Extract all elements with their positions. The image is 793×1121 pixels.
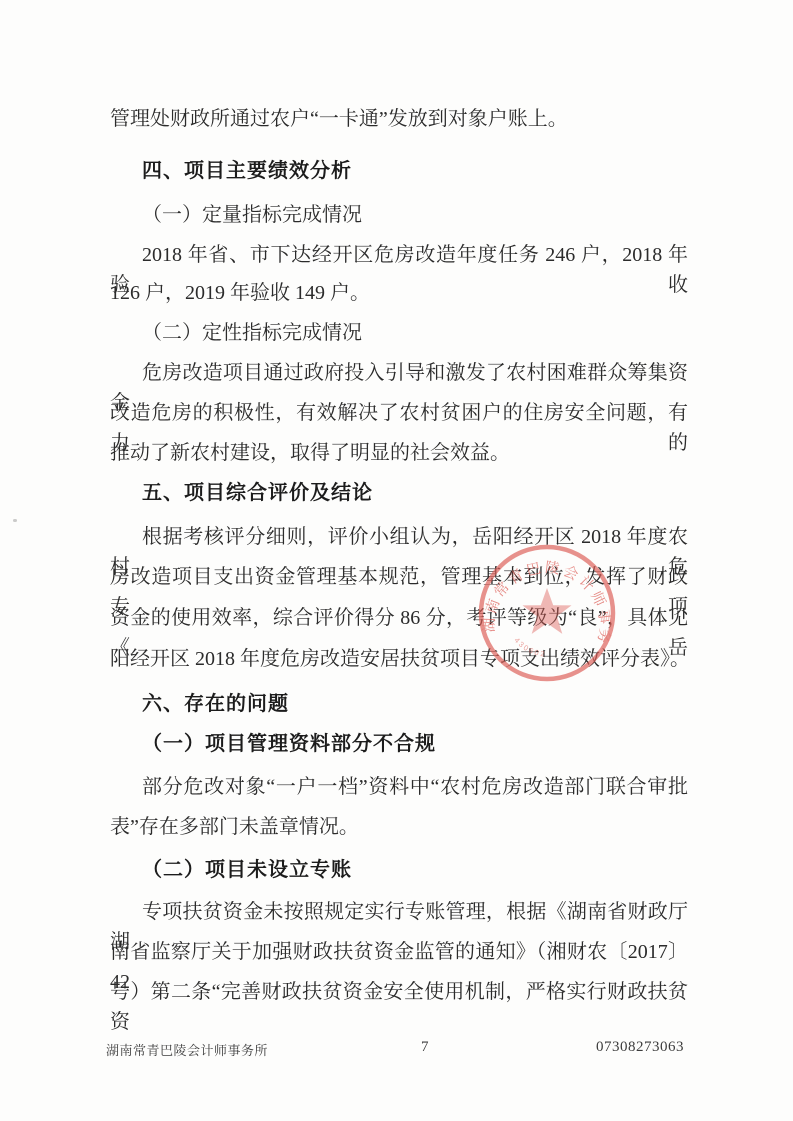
paragraph-line: 推动了新农村建设，取得了明显的社会效益。 [110,438,688,468]
subsection-heading: （二）定性指标完成情况 [110,318,688,348]
paragraph-line: 管理处财政所通过农户“一卡通”发放到对象户账上。 [110,104,688,134]
paragraph-line: 126 户，2019 年验收 149 户。 [110,278,688,308]
paragraph-line: 号）第二条“完善财政扶贫资金安全使用机制，严格实行财政扶贫资 [110,977,688,1037]
document-page: 管理处财政所通过农户“一卡通”发放到对象户账上。 四、项目主要绩效分析 （一）定… [0,0,793,1121]
section-heading-6: 六、存在的问题 [110,689,688,719]
paragraph-line: 阳经开区 2018 年度危房改造安居扶贫项目专项支出绩效评分表》。 [110,644,688,674]
paragraph-line: 表”存在多部门未盖章情况。 [110,812,688,842]
footer-phone: 07308273063 [596,1039,684,1056]
paragraph-line: 部分危改对象“一户一档”资料中“农村危房改造部门联合审批 [110,772,688,802]
section-heading-5: 五、项目综合评价及结论 [110,478,688,508]
section-heading-4: 四、项目主要绩效分析 [110,156,688,186]
subsection-heading: （二）项目未设立专账 [110,855,688,885]
footer-firm-name: 湖南常青巴陵会计师事务所 [106,1040,268,1059]
scan-speck [13,519,17,522]
subsection-heading: （一）定量指标完成情况 [110,200,688,230]
footer-page-number: 7 [421,1039,429,1056]
subsection-heading: （一）项目管理资料部分不合规 [110,729,688,759]
